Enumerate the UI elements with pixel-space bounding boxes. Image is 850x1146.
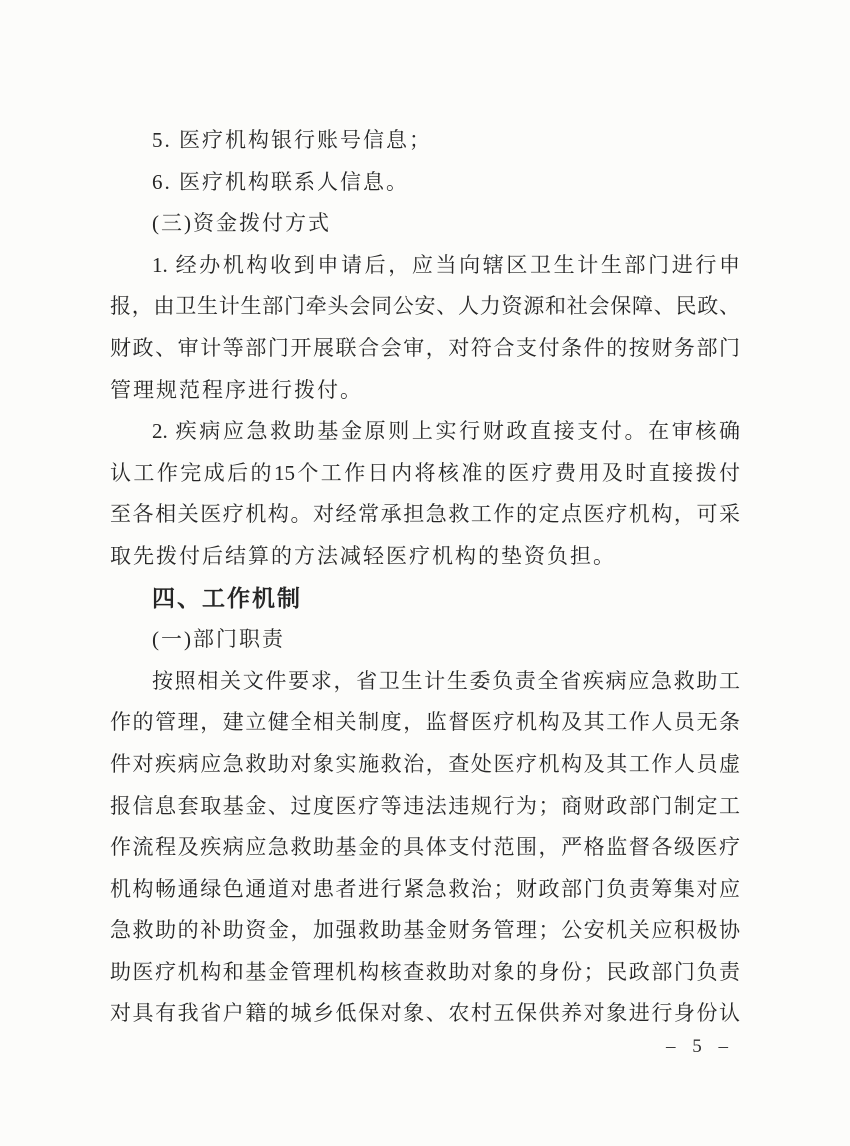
paragraph-line: 作流程及疾病应急救助基金的具体支付范围，严格监督各级医疗 [110,827,740,869]
subsection-heading-funding-method: (三)资金拨付方式 [110,203,740,245]
section-heading-work-mechanism: 四、工作机制 [110,578,740,620]
paragraph-line: 2. 疾病应急救助基金原则上实行财政直接支付。在审核确 [110,411,740,453]
paragraph-line: 报信息套取基金、过度医疗等违法违规行为；商财政部门制定工 [110,786,740,828]
document-page: 5. 医疗机构银行账号信息； 6. 医疗机构联系人信息。 (三)资金拨付方式 1… [0,0,850,1146]
paragraph-line: 急救助的补助资金，加强救助基金财务管理；公安机关应积极协 [110,910,740,952]
paragraph-line: 报，由卫生计生部门牵头会同公安、人力资源和社会保障、民政、 [110,286,740,328]
paragraph-line: 取先拨付后结算的方法减轻医疗机构的垫资负担。 [110,536,740,578]
document-body: 5. 医疗机构银行账号信息； 6. 医疗机构联系人信息。 (三)资金拨付方式 1… [110,120,740,1035]
paragraph-line: 认工作完成后的15个工作日内将核准的医疗费用及时直接拨付 [110,453,740,495]
page-number: – 5 – [600,1036,800,1058]
paragraph-line: 机构畅通绿色通道对患者进行紧急救治；财政部门负责筹集对应 [110,869,740,911]
paragraph-line: 按照相关文件要求，省卫生计生委负责全省疾病应急救助工 [110,661,740,703]
paragraph-line: 件对疾病应急救助对象实施救治，查处医疗机构及其工作人员虚 [110,744,740,786]
paragraph-line: 管理规范程序进行拨付。 [110,370,740,412]
paragraph-line: 财政、审计等部门开展联合会审，对符合支付条件的按财务部门 [110,328,740,370]
paragraph-line: 1. 经办机构收到申请后，应当向辖区卫生计生部门进行申 [110,245,740,287]
paragraph-line: 至各相关医疗机构。对经常承担急救工作的定点医疗机构，可采 [110,494,740,536]
paragraph-line: 助医疗机构和基金管理机构核查救助对象的身份；民政部门负责 [110,952,740,994]
paragraph-line: 对具有我省户籍的城乡低保对象、农村五保供养对象进行身份认 [110,993,740,1035]
list-item-6: 6. 医疗机构联系人信息。 [110,162,740,204]
list-item-5: 5. 医疗机构银行账号信息； [110,120,740,162]
subsection-heading-department-duties: (一)部门职责 [110,619,740,661]
paragraph-line: 作的管理，建立健全相关制度，监督医疗机构及其工作人员无条 [110,702,740,744]
